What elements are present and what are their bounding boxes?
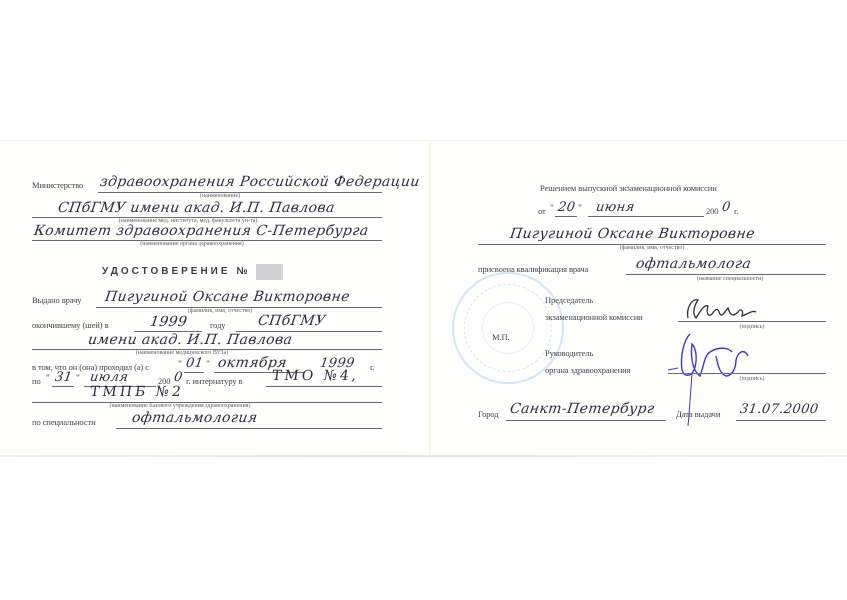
head-label-2: органа здравоохранения <box>545 365 630 375</box>
certificate-number-redacted <box>256 264 283 280</box>
specialty-label: по специальности <box>32 417 96 427</box>
institute-value: СПбГМУ имени акад. И.П. Павлова <box>57 200 336 216</box>
ministry-label: Министерство <box>32 180 83 190</box>
graduated-year: 1999 <box>149 314 188 330</box>
graduated-label: окончившему (шей) в <box>32 320 108 330</box>
decision-day-close-quote: " <box>578 204 582 214</box>
decision-day-line <box>555 216 577 217</box>
head-signature-line <box>668 373 826 374</box>
specialty-value: офтальмология <box>131 410 259 426</box>
start-day-close-quote: " <box>206 360 210 370</box>
end-day: 31 <box>54 370 73 385</box>
qualification-label: присвоена квалификация врача <box>478 264 588 274</box>
decision-year-prefix: 200 <box>706 206 718 216</box>
decision-day: 20 <box>557 200 576 215</box>
issue-date-line <box>736 420 826 421</box>
decision-month-line <box>588 216 704 217</box>
end-month: июля <box>89 370 129 385</box>
start-day-line <box>184 372 204 373</box>
chairman-signature-line <box>678 321 826 322</box>
specialty-line <box>116 428 382 429</box>
start-day: 01 <box>185 356 204 371</box>
chairman-label-1: Председатель <box>545 295 593 305</box>
ministry-value: здравоохранения Российской Федерации <box>99 174 421 190</box>
qualification-line <box>626 274 826 275</box>
base-caption: (наименование базового учреждения здраво… <box>110 403 251 409</box>
sheet-top-edge <box>0 140 847 141</box>
university-line-1: СПбГМУ <box>257 313 327 329</box>
decision-label: Решением выпускной экзаменационной комис… <box>540 183 717 193</box>
issued-to-caption: (фамилия, имя, отчество) <box>188 308 253 314</box>
qualification-value: офтальмолога <box>635 256 752 272</box>
qualification-caption: (название специальности) <box>697 276 764 282</box>
chairman-signature <box>682 294 762 324</box>
health-body-value: Комитет здравоохранения С-Петербурга <box>33 223 370 239</box>
issued-to-value: Пигугиной Оксане Викторовне <box>104 289 351 305</box>
base-line-2: ТМПБ №2 <box>89 384 185 400</box>
ministry-caption: (наименование) <box>200 193 240 199</box>
decision-month: июня <box>595 200 636 215</box>
end-prefix: по <box>32 376 41 386</box>
base-line-1-rule <box>266 386 382 387</box>
end-day-close-quote: " <box>76 374 80 384</box>
page-fold <box>429 142 431 455</box>
decision-day-open-quote: " <box>550 204 554 214</box>
end-day-open-quote: " <box>46 374 50 384</box>
issue-date-value: 31.07.2000 <box>739 402 820 417</box>
health-body-caption: (наименование органа здравоохранения) <box>140 241 244 247</box>
decision-year-suffix: г. <box>734 206 738 216</box>
end-day-line <box>52 386 74 387</box>
sheet-bottom-edge <box>0 455 847 457</box>
head-label-1: Руководитель <box>545 348 593 358</box>
certificate-title: УДОСТОВЕРЕНИЕ № <box>102 266 250 277</box>
chairman-label-2: экзаменационной комиссии <box>545 312 643 322</box>
internship-label: г. интернатуру в <box>186 376 243 386</box>
from-label: от <box>538 206 546 216</box>
city-label: Город <box>478 409 499 419</box>
issued-to-label: Выдано врачу <box>32 295 81 305</box>
right-name-caption: (фамилия, имя, отчество) <box>620 245 685 251</box>
head-signature-caption: (подпись) <box>740 376 765 382</box>
university-caption: (наименование медицинского ВУЗа) <box>136 350 228 356</box>
year-label: году <box>210 320 225 330</box>
start-year-suffix: г. <box>370 362 374 372</box>
issue-date-label: Дата выдачи <box>676 409 720 419</box>
city-value: Санкт-Петербург <box>509 401 656 417</box>
base-line-1: ТМО №4, <box>271 368 360 384</box>
city-line <box>506 420 666 421</box>
seal-label: М.П. <box>492 332 510 342</box>
right-name-value: Пигугиной Оксане Викторовне <box>509 226 756 242</box>
university-line-2: имени акад. И.П. Павлова <box>87 332 294 348</box>
start-day-open-quote: " <box>178 360 182 370</box>
